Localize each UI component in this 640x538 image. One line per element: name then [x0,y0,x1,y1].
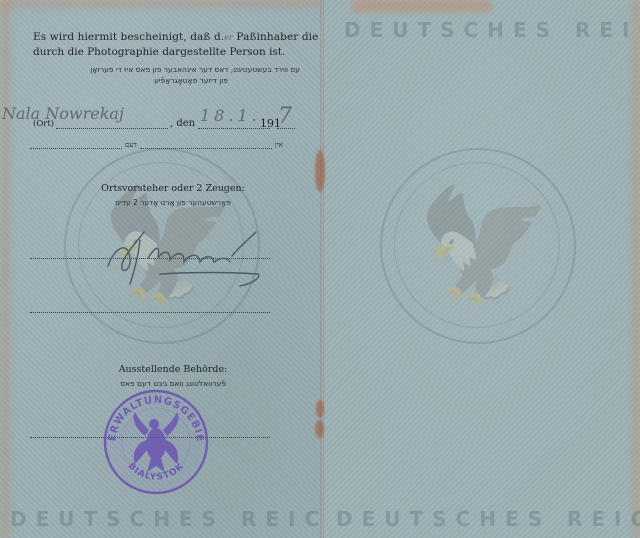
date-label: , den [170,118,195,129]
witness-signature [100,228,270,288]
authority-heading: Ausstellende Behörde: [12,364,322,375]
deutsches-reich-watermark: DEUTSCHES REICH [10,507,322,531]
certification-yiddish-line2: פון דיזער פאָטאָגראַפֿיע [38,76,228,85]
rust-stain [316,400,324,418]
second-witness-dotted-line [30,312,270,313]
yiddish-place-dotted-line [30,148,122,149]
authority-stamp: VERWALTUNGSGEBIET BIALYSTOK [101,388,211,496]
eagle-emblem-icon: 🦅 [416,190,536,300]
passport-spread: 🦅 DEUTSCHES REICH Es wird hiermit besche… [0,0,640,538]
witness-heading: Ortsvorsteher oder 2 Zeugen: [12,183,322,194]
deutsches-reich-watermark-bottom: DEUTSCHES REICH [336,507,640,531]
right-page: DEUTSCHES REICH 🦅 DEUTSCHES REICH [322,0,640,538]
certification-suffix: Paßinhaber die [233,31,318,43]
edge-stain [352,0,492,12]
handwritten-year-digit: 7 [278,104,292,129]
rust-stain [315,150,325,192]
edge-stain [632,0,640,538]
handwritten-gender-suffix: er [224,33,233,42]
certification-yiddish-line1: עס ווירד בעשטעטיגט, דאס דער אינהאבער פון… [38,65,300,74]
year-dotted-line [277,128,295,129]
edge-stain [0,0,10,538]
place-label-yiddish: אין [275,141,283,149]
witness-heading-yiddish: פאָרשטעהער פון אָרט אָדער 2 עדים [12,198,322,207]
certification-text-line2: durch die Photographie dargestellte Pers… [33,46,285,58]
date-label-yiddish: דעם [125,141,137,149]
yiddish-date-dotted-line [140,148,272,149]
edge-stain [0,0,322,8]
place-label: (Ort) [33,119,54,129]
left-page: 🦅 DEUTSCHES REICH Es wird hiermit besche… [0,0,322,538]
certification-prefix: Es wird hiermit bescheinigt, daß d. [33,31,224,43]
handwritten-date: 18.1. [200,106,261,125]
certification-text-line1: Es wird hiermit bescheinigt, daß d.er Pa… [33,31,318,43]
authority-heading-yiddish: פֿערוואלטונג וואס גיבט דעם פאס [12,379,322,388]
center-fold [320,0,324,538]
handwritten-place: Nala Nowrekaj [2,104,124,123]
deutsches-reich-watermark-top: DEUTSCHES REICH [344,18,640,42]
rust-stain [315,420,324,438]
place-dotted-line [56,128,168,129]
